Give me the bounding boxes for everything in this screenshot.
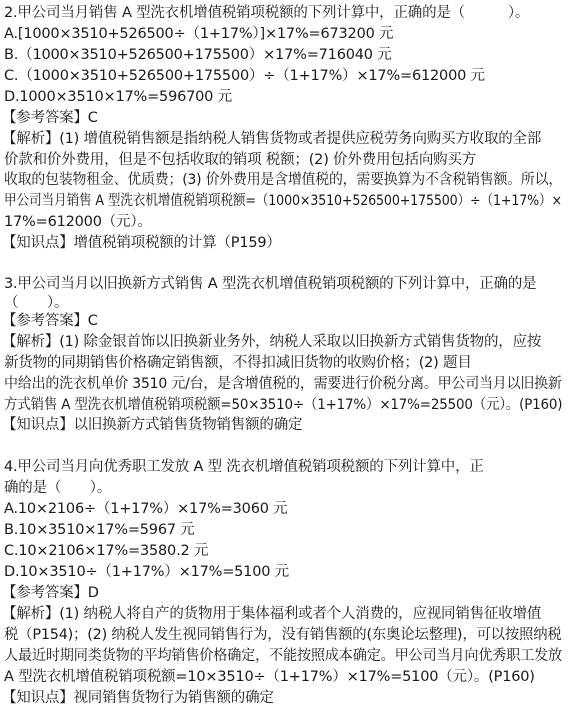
question-4-answer: 【参考答案】D [2,583,99,603]
question-2-analysis-line: 价款和价外费用，但是不包括收取的销项 税额；(2) 价外费用包括向购买方 [4,150,476,170]
question-2-option-b: B.（1000×3510+526500+175500）×17%=716040 元 [4,45,392,65]
question-4-analysis-line: 人最近时期同类货物的平均销售价格确定，不能按照成本确定。甲公司当月向优秀职工发放 [4,646,562,666]
question-2-analysis-line: 收取的包装物租金、优质费；(3) 价外费用是含增值税的，需要换算为不含税销售额。… [4,170,562,190]
exam-document: 2.甲公司当月销售 A 型洗衣机增值税销项税额的下列计算中，正确的是（ ）。 A… [0,0,568,710]
question-4-analysis-line: 【解析】(1) 纳税人将自产的货物用于集体福利或者个人消费的，应视同销售征收增值 [2,604,541,624]
question-3-stem-cont: （ ）。 [4,293,68,313]
question-4-stem-cont: 确的是（ ）。 [4,478,111,498]
question-2-analysis-line: 【解析】(1) 增值税销售额是指纳税人销售货物或者提供应税劳务向购买方收取的全部 [2,129,541,149]
question-4-knowledge: 【知识点】视同销售货物行为销售额的确定 [2,688,274,708]
question-2-stem: 2.甲公司当月销售 A 型洗衣机增值税销项税额的下列计算中，正确的是（ ）。 [4,3,529,23]
question-3-analysis-line: 中给出的洗衣机单价 3510 元/台，是含增值税的，需要进行价税分离。甲公司当月… [4,374,562,394]
question-3-analysis-line: 方式销售 A 型洗衣机增值税销项税额=50×3510÷（1+17%）×17%=2… [4,395,562,415]
question-4-option-c: C.10×2106×17%=3580.2 元 [4,541,208,561]
question-2-knowledge: 【知识点】增值税销项税额的计算（P159） [2,233,281,253]
question-3-stem: 3.甲公司当月以旧换新方式销售 A 型洗衣机增值税销项税额的下列计算中，正确的是 [4,274,536,294]
question-4-option-d: D.10×3510÷（1+17%）×17%=5100 元 [4,562,289,582]
question-4-analysis-line: 税（P154)；(2) 纳税人发生视同销售行为，没有销售额的(东奥论坛整理)，可… [4,625,562,645]
question-3-analysis-line: 【解析】(1) 除金银首饰以旧换新业务外，纳税人采取以旧换新方式销售货物的，应按 [2,332,541,352]
question-4-stem: 4.甲公司当月向优秀职工发放 A 型 洗衣机增值税销项税额的下列计算中，正 [4,457,484,477]
question-3-answer: 【参考答案】C [2,311,98,331]
question-2-answer: 【参考答案】C [2,108,98,128]
question-2-analysis-line: 甲公司当月销售 A 型洗衣机增值税销项税额=（1000×3510+526500+… [4,191,562,211]
question-2-option-d: D.1000×3510×17%=596700 元 [4,87,232,107]
question-4-analysis-line: A 型洗衣机增值税销项税额=10×3510÷（1+17%）×17%=5100（元… [4,667,535,687]
question-2-option-a: A.[1000×3510+526500÷（1+17%）]×17%=673200 … [4,24,393,44]
question-3-knowledge: 【知识点】以旧换新方式销售货物销售额的确定 [2,415,302,435]
question-2-analysis-line: 17%=612000（元）。 [4,212,152,232]
question-4-option-b: B.10×3510×17%=5967 元 [4,520,195,540]
question-2-option-c: C.（1000×3510+526500+175500）÷（1+17%）×17%=… [4,66,485,86]
question-4-option-a: A.10×2106÷（1+17%）×17%=3060 元 [4,499,287,519]
question-3-analysis-line: 新货物的同期销售价格确定销售额，不得扣减旧货物的收购价格；(2) 题目 [4,353,472,373]
